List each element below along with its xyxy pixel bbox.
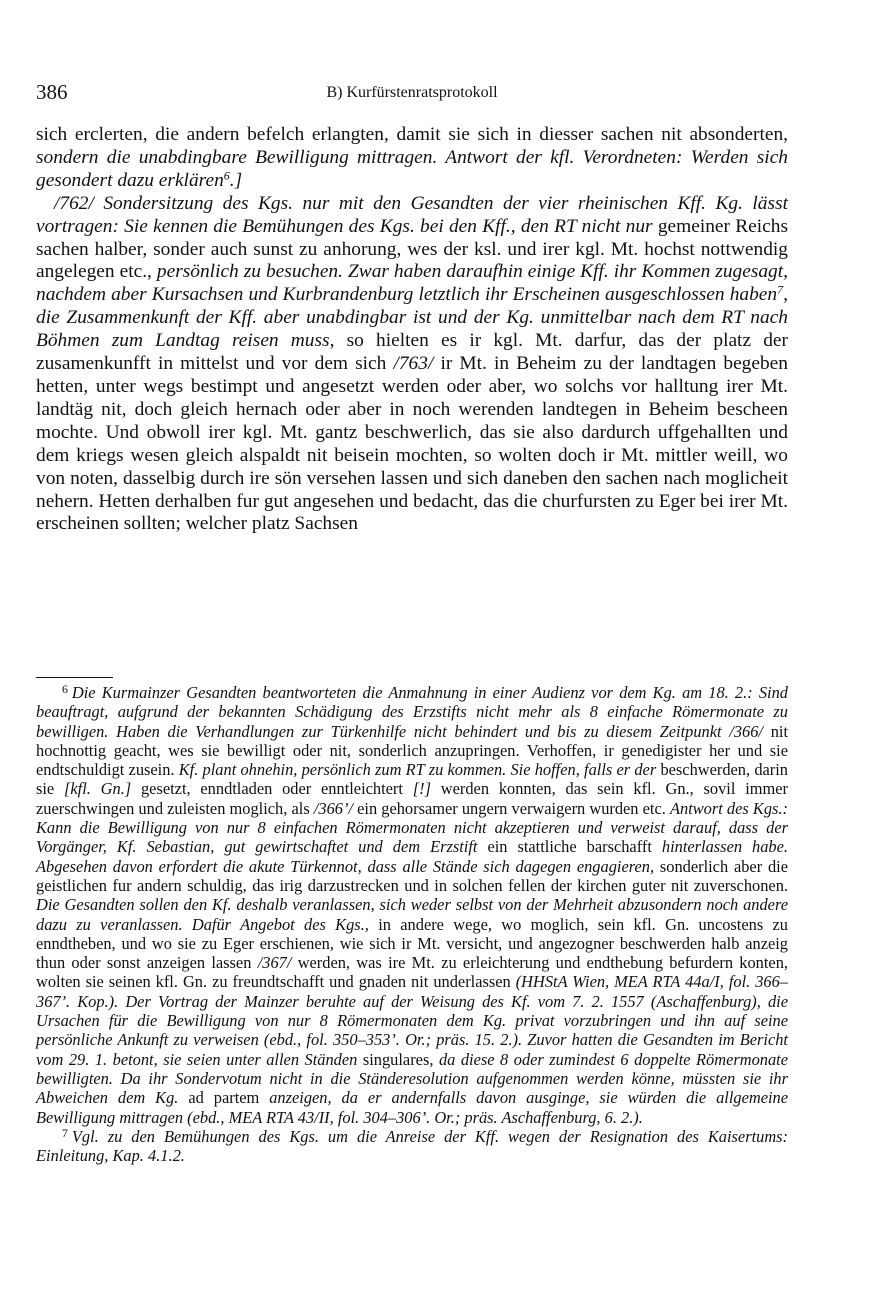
text-run: gesetzt, enndtladen oder enntleichtert	[131, 779, 413, 798]
italic-text-run: /763/	[393, 353, 433, 374]
main-text: sich erclerten, die andern befelch erlan…	[36, 124, 788, 536]
text-run: ir Mt. in Beheim zu der landtagen begebe…	[36, 353, 788, 534]
italic-text-run: Die Kurmainzer Gesandten beantworteten d…	[36, 683, 788, 741]
italic-text-run: [kfl. Gn.]	[64, 779, 131, 798]
text-run: ad partem	[178, 1088, 269, 1107]
italic-text-run: Vgl. zu den Bemühungen des Kgs. um die A…	[36, 1127, 788, 1165]
running-head: 386 B) Kurfürstenratsprotokoll	[36, 80, 788, 108]
body-paragraph: /762/ Sondersitzung des Kgs. nur mit den…	[36, 193, 788, 537]
footnote-number: 7	[62, 1126, 68, 1140]
text-run: singulares,	[357, 1050, 439, 1069]
italic-text-run: /366’/	[314, 799, 353, 818]
text-run: ein gehorsamer ungern verwaigern wurden …	[353, 799, 670, 818]
footnote-6: 6Die Kurmainzer Gesandten beantworteten …	[36, 683, 788, 1127]
italic-text-run: [!]	[413, 779, 431, 798]
italic-text-run: /367/	[258, 953, 292, 972]
footnote-separator	[36, 677, 113, 678]
footnotes: 6Die Kurmainzer Gesandten beantworteten …	[36, 683, 788, 1165]
text-run: ein stattliche barschafft	[477, 837, 661, 856]
italic-text-run: sondern die unabdingbare Bewilligung mit…	[36, 147, 788, 191]
running-head-title: B) Kurfürstenratsprotokoll	[36, 84, 788, 102]
text-run: sich erclerten, die andern befelch erlan…	[36, 124, 788, 145]
footnote-number: 6	[62, 682, 68, 696]
italic-text-run: .]	[230, 170, 242, 191]
body-paragraph: sich erclerten, die andern befelch erlan…	[36, 124, 788, 193]
italic-text-run: Kf. plant ohnehin, persönlich zum RT zu …	[179, 760, 656, 779]
footnote-7: 7Vgl. zu den Bemühungen des Kgs. um die …	[36, 1127, 788, 1166]
